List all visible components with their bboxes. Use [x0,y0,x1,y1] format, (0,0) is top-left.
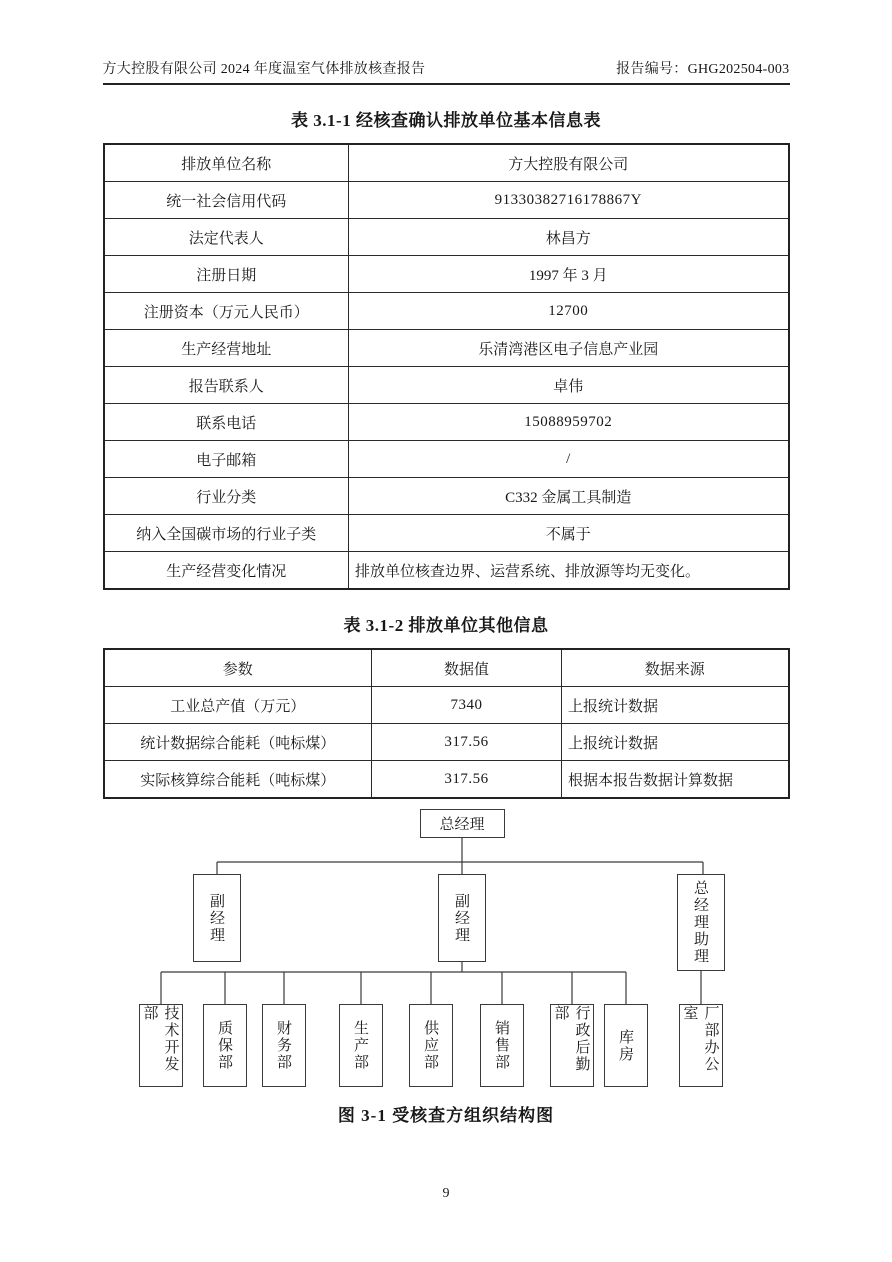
column-header: 数据来源 [562,649,789,687]
row-value: 91330382716178867Y [349,182,789,219]
row-label: 注册资本（万元人民币） [104,293,349,330]
org-node-factory-office: 厂部办公室 [679,1004,723,1087]
other-info-table: 参数 数据值 数据来源 工业总产值（万元） 7340 上报统计数据 统计数据综合… [103,648,790,799]
table-row: 排放单位名称 方大控股有限公司 [104,144,789,182]
value-cell: 7340 [372,687,562,724]
row-label: 电子邮箱 [104,441,349,478]
table-row: 工业总产值（万元） 7340 上报统计数据 [104,687,789,724]
page-content: 方大控股有限公司 2024 年度温室气体排放核查报告 报告编号：GHG20250… [103,0,790,1202]
param-cell: 实际核算综合能耗（吨标煤） [104,761,372,799]
param-cell: 统计数据综合能耗（吨标煤） [104,724,372,761]
source-cell: 上报统计数据 [562,724,789,761]
row-value: / [349,441,789,478]
row-label: 统一社会信用代码 [104,182,349,219]
row-value: 方大控股有限公司 [349,144,789,182]
row-label: 法定代表人 [104,219,349,256]
org-node-warehouse: 库房 [604,1004,648,1087]
table-row: 报告联系人 卓伟 [104,367,789,404]
table-row: 注册日期 1997 年 3 月 [104,256,789,293]
table-row: 行业分类 C332 金属工具制造 [104,478,789,515]
org-node-finance-dept: 财务部 [262,1004,306,1087]
org-chart: 总经理 副经理 副经理 总经理助理 技术开发部 质保部 财务部 生产部 供应部 … [103,809,790,1087]
org-node-deputy-manager-2: 副经理 [438,874,486,962]
row-label: 联系电话 [104,404,349,441]
row-value: C332 金属工具制造 [349,478,789,515]
source-cell: 上报统计数据 [562,687,789,724]
table-row: 生产经营变化情况 排放单位核查边界、运营系统、排放源等均无变化。 [104,552,789,590]
row-label: 注册日期 [104,256,349,293]
page-number: 9 [103,1186,790,1202]
row-label: 行业分类 [104,478,349,515]
table-row: 纳入全国碳市场的行业子类 不属于 [104,515,789,552]
table-row: 统计数据综合能耗（吨标煤） 317.56 上报统计数据 [104,724,789,761]
org-node-deputy-manager-1: 副经理 [193,874,241,962]
column-header: 数据值 [372,649,562,687]
table-row: 统一社会信用代码 91330382716178867Y [104,182,789,219]
org-node-general-manager: 总经理 [420,809,505,838]
table-row: 生产经营地址 乐清湾港区电子信息产业园 [104,330,789,367]
table1-title: 表 3.1-1 经核查确认排放单位基本信息表 [103,106,790,131]
org-node-supply-dept: 供应部 [409,1004,453,1087]
row-value: 卓伟 [349,367,789,404]
value-cell: 317.56 [372,724,562,761]
figure-caption: 图 3-1 受核查方组织结构图 [103,1101,790,1126]
table-row: 实际核算综合能耗（吨标煤） 317.56 根据本报告数据计算数据 [104,761,789,799]
table-row: 联系电话 15088959702 [104,404,789,441]
basic-info-table: 排放单位名称 方大控股有限公司 统一社会信用代码 913303827161788… [103,143,790,590]
document-header: 方大控股有限公司 2024 年度温室气体排放核查报告 报告编号：GHG20250… [103,58,790,85]
table-header-row: 参数 数据值 数据来源 [104,649,789,687]
row-value: 12700 [349,293,789,330]
row-label: 报告联系人 [104,367,349,404]
org-node-qa-dept: 质保部 [203,1004,247,1087]
header-title: 方大控股有限公司 2024 年度温室气体排放核查报告 [103,58,426,78]
row-label: 纳入全国碳市场的行业子类 [104,515,349,552]
row-value: 排放单位核查边界、运营系统、排放源等均无变化。 [349,552,789,590]
row-label: 排放单位名称 [104,144,349,182]
row-value: 林昌方 [349,219,789,256]
row-value: 乐清湾港区电子信息产业园 [349,330,789,367]
table2-title: 表 3.1-2 排放单位其他信息 [103,611,790,636]
table-row: 电子邮箱 / [104,441,789,478]
row-label: 生产经营变化情况 [104,552,349,590]
report-number: 报告编号：GHG202504-003 [616,58,789,78]
value-cell: 317.56 [372,761,562,799]
param-cell: 工业总产值（万元） [104,687,372,724]
row-value: 15088959702 [349,404,789,441]
table-row: 注册资本（万元人民币） 12700 [104,293,789,330]
row-label: 生产经营地址 [104,330,349,367]
org-node-sales-dept: 销售部 [480,1004,524,1087]
org-node-admin-logistics-dept: 行政后勤部 [550,1004,594,1087]
column-header: 参数 [104,649,372,687]
table-row: 法定代表人 林昌方 [104,219,789,256]
org-node-tech-dev-dept: 技术开发部 [139,1004,183,1087]
org-node-production-dept: 生产部 [339,1004,383,1087]
row-value: 1997 年 3 月 [349,256,789,293]
source-cell: 根据本报告数据计算数据 [562,761,789,799]
org-node-gm-assistant: 总经理助理 [677,874,725,971]
row-value: 不属于 [349,515,789,552]
